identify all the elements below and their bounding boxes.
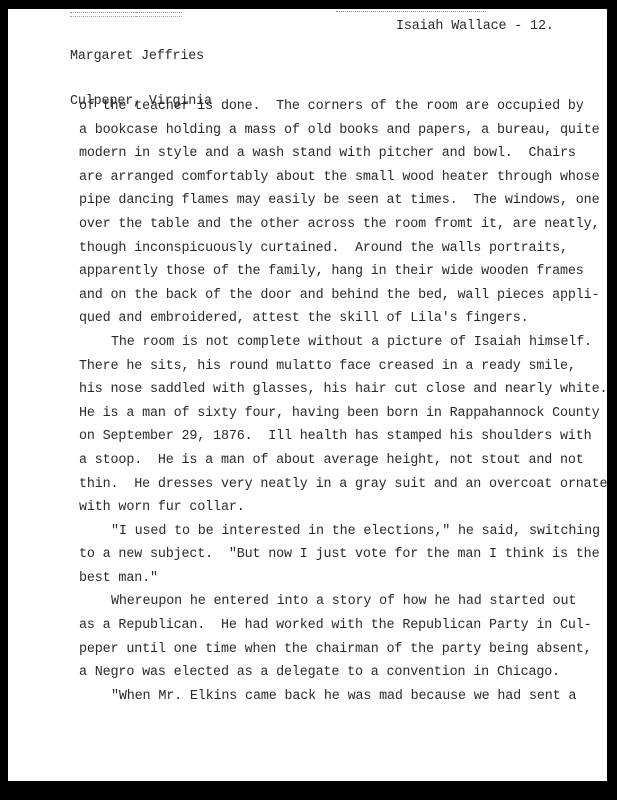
text-line: The room is not complete without a pictu…	[79, 331, 607, 355]
document-page: Margaret Jeffries Culpeper, Virginia Isa…	[8, 9, 607, 781]
text-line: "When Mr. Elkins came back he was mad be…	[79, 685, 607, 709]
body-text: of the teacher is done. The corners of t…	[79, 95, 607, 708]
text-line: peper until one time when the chairman o…	[79, 638, 607, 662]
text-line: his nose saddled with glasses, his hair …	[79, 378, 607, 402]
text-line: with worn fur collar.	[79, 496, 607, 520]
text-line: are arranged comfortably about the small…	[79, 166, 607, 190]
header-author: Margaret Jeffries	[70, 49, 212, 64]
text-line: qued and embroidered, attest the skill o…	[79, 307, 607, 331]
text-line: over the table and the other across the …	[79, 213, 607, 237]
text-line: of the teacher is done. The corners of t…	[79, 95, 607, 119]
text-line: He is a man of sixty four, having been b…	[79, 402, 607, 426]
faded-typed-line	[336, 11, 486, 13]
text-line: thin. He dresses very neatly in a gray s…	[79, 473, 607, 497]
text-line: apparently those of the family, hang in …	[79, 260, 607, 284]
text-line: modern in style and a wash stand with pi…	[79, 142, 607, 166]
faded-typed-line	[136, 12, 172, 17]
text-line: There he sits, his round mulatto face cr…	[79, 355, 607, 379]
text-line: though inconspicuously curtained. Around…	[79, 237, 607, 261]
text-line: a stoop. He is a man of about average he…	[79, 449, 607, 473]
text-line: a Negro was elected as a delegate to a c…	[79, 661, 607, 685]
text-line: Whereupon he entered into a story of how…	[79, 590, 607, 614]
text-line: best man."	[79, 567, 607, 591]
text-line: "I used to be interested in the election…	[79, 520, 607, 544]
text-line: pipe dancing flames may easily be seen a…	[79, 189, 607, 213]
text-line: to a new subject. "But now I just vote f…	[79, 543, 607, 567]
text-line: as a Republican. He had worked with the …	[79, 614, 607, 638]
text-line: on September 29, 1876. Ill health has st…	[79, 425, 607, 449]
header-page-label: Isaiah Wallace - 12.	[396, 19, 554, 34]
text-line: and on the back of the door and behind t…	[79, 284, 607, 308]
text-line: a bookcase holding a mass of old books a…	[79, 119, 607, 143]
